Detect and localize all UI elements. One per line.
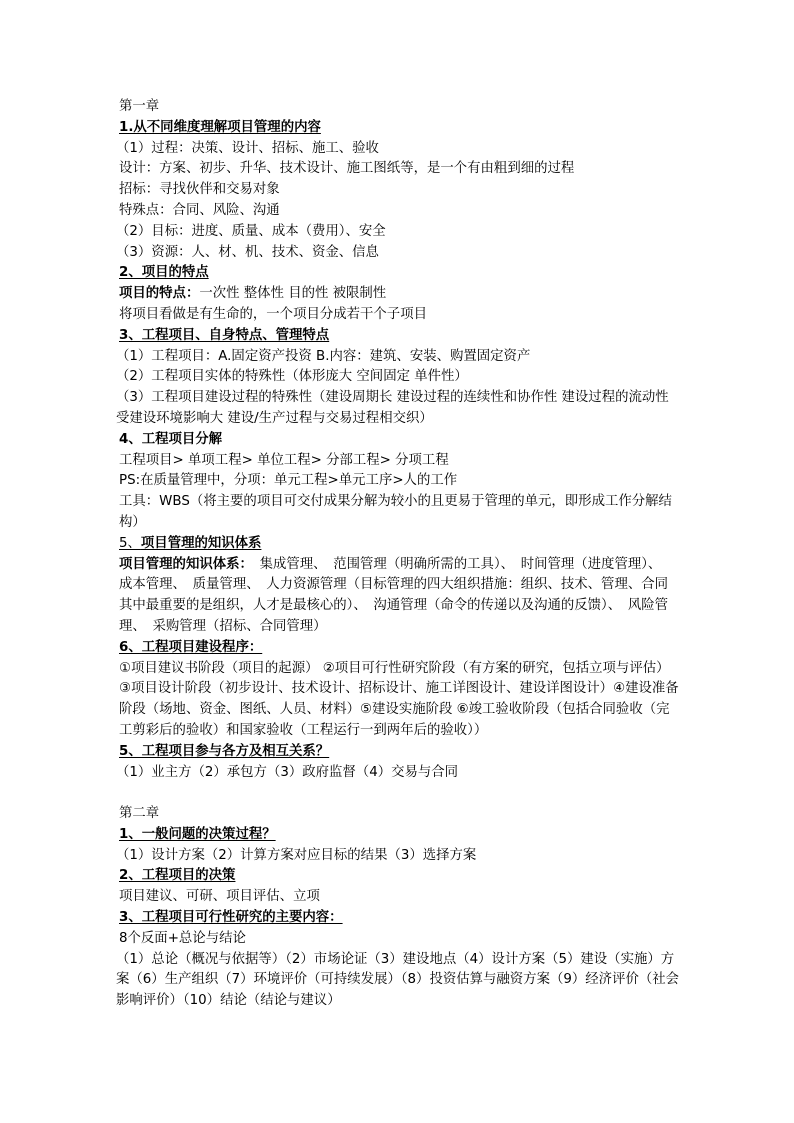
paragraph: PS:在质量管理中，分项：单元工程>单元工序>人的工作 <box>119 471 679 492</box>
section-heading: 4、工程项目分解 <box>119 430 679 451</box>
paragraph: 项目管理的知识体系： 集成管理、 范围管理（明确所需的工具）、 时间管理（进度管… <box>119 555 679 638</box>
heading-number: 5、 <box>119 536 141 551</box>
paragraph: 设计：方案、初步、升华、技术设计、施工图纸等，是一个有由粗到细的过程 <box>119 159 679 180</box>
paragraph: 项目建议、可研、项目评估、立项 <box>119 887 679 908</box>
section-heading: 1.从不同维度理解项目管理的内容 <box>119 118 679 139</box>
section-heading: 2、项目的特点 <box>119 263 679 284</box>
paragraph: （1）工程项目：A.固定资产投资 B.内容：建筑、安装、购置固定资产 <box>116 347 679 368</box>
section-heading: 5、工程项目参与各方及相互关系？ <box>119 742 679 763</box>
section-heading: 3、工程项目、自身特点、管理特点 <box>119 326 679 347</box>
paragraph: （3）工程项目建设过程的特殊性（建设周期长 建设过程的连续性和协作性 建设过程的… <box>116 388 679 430</box>
paragraph: 工具：WBS（将主要的项目可交付成果分解为较小的且更易于管理的单元，即形成工作分… <box>119 492 679 534</box>
paragraph-text: 一次性 整体性 目的性 被限制性 <box>199 286 386 301</box>
heading-text: 项目管理的知识体系 <box>141 536 262 551</box>
section-heading: 2、工程项目的决策 <box>119 866 679 887</box>
paragraph: （2）工程项目实体的特殊性（体形庞大 空间固定 单件性） <box>116 367 679 388</box>
paragraph: （1）总论（概况与依据等）（2）市场论证（3）建设地点（4）设计方案（5）建设（… <box>116 950 679 1012</box>
paragraph: 8个反面+总论与结论 <box>119 929 679 950</box>
section-heading: 1、一般问题的决策过程？ <box>119 825 679 846</box>
blank-line <box>119 783 679 804</box>
section-heading: 3、工程项目可行性研究的主要内容： <box>119 908 679 929</box>
paragraph: 特殊点：合同、风险、沟通 <box>119 201 679 222</box>
bold-label: 项目管理的知识体系： <box>119 557 246 572</box>
paragraph: （1）过程：决策、设计、招标、施工、验收 <box>116 139 679 160</box>
paragraph: （3）资源：人、材、机、技术、资金、信息 <box>116 243 679 264</box>
paragraph: 招标：寻找伙伴和交易对象 <box>119 180 679 201</box>
paragraph: 工程项目> 单项工程> 单位工程> 分部工程> 分项工程 <box>119 451 679 472</box>
paragraph: 项目的特点：一次性 整体性 目的性 被限制性 <box>119 284 679 305</box>
paragraph: （1）业主方（2）承包方（3）政府监督（4）交易与合同 <box>116 763 679 784</box>
document-page: 第一章 1.从不同维度理解项目管理的内容 （1）过程：决策、设计、招标、施工、验… <box>119 97 679 1012</box>
bold-label: 项目的特点： <box>119 286 199 301</box>
paragraph: 将项目看做是有生命的，一个项目分成若干个子项目 <box>119 305 679 326</box>
paragraph: （1）设计方案（2）计算方案对应目标的结果（3）选择方案 <box>116 846 679 867</box>
paragraph: （2）目标：进度、质量、成本（费用）、安全 <box>116 222 679 243</box>
section-heading: 5、项目管理的知识体系 <box>119 534 679 555</box>
section-heading: 6、工程项目建设程序： <box>119 638 679 659</box>
chapter-title: 第一章 <box>119 97 679 118</box>
chapter-title: 第二章 <box>119 804 679 825</box>
paragraph: ①项目建议书阶段（项目的起源） ②项目可行性研究阶段（有方案的研究，包括立项与评… <box>119 659 679 742</box>
